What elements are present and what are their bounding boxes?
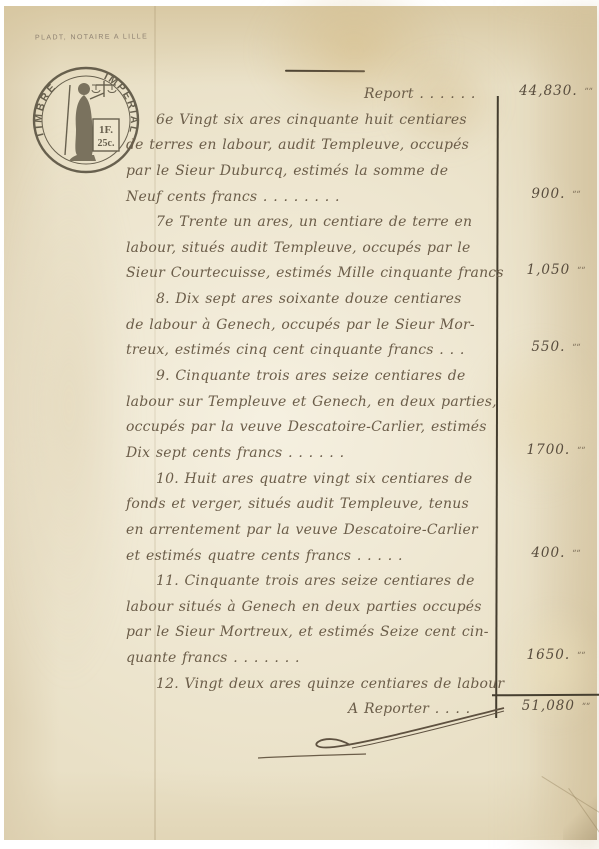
handwritten-line-text: 10. Huit ares quatre vingt six centiares… <box>126 471 472 487</box>
centimes-ditto-mark: ʺʺ <box>577 267 585 277</box>
handwritten-line-text: 12. Vingt deux ares quinze centiares de … <box>126 676 504 692</box>
scanned-notarial-document-page: PLADT, NOTAIRE A LILLE TIMBRE IMPERIAL <box>0 0 599 849</box>
handwritten-line-text: de terres en labour, audit Templeuve, oc… <box>126 137 469 153</box>
paper-sheet: PLADT, NOTAIRE A LILLE TIMBRE IMPERIAL <box>4 6 597 840</box>
document-line: et estimés quatre cents francs . . . . .… <box>126 545 598 571</box>
document-line: Dix sept cents francs . . . . . .1700.ʺʺ <box>126 442 598 468</box>
amount-value: 1,050 <box>527 262 571 278</box>
document-line: Report . . . . . .44,830.ʺʺ <box>126 83 598 109</box>
amount-entry: 550.ʺʺ <box>511 336 599 355</box>
amount-entry: 900.ʺʺ <box>511 183 599 202</box>
signature-flourish <box>254 699 516 771</box>
paper-stain <box>4 126 134 686</box>
handwritten-line-text: labour, situés audit Templeuve, occupés … <box>126 240 470 256</box>
centimes-ditto-mark: ʺʺ <box>577 652 585 662</box>
handwritten-line-text: 6e Vingt six ares cinquante huit centiar… <box>126 112 467 128</box>
stamp-value-plate: 1F. 25c. <box>93 119 119 151</box>
amount-value: 900. <box>531 186 565 202</box>
document-line: treux, estimés cinq cent cinquante franc… <box>126 339 598 365</box>
page-corner-shade <box>563 770 597 840</box>
handwritten-line-text: labour sur Templeuve et Genech, en deux … <box>126 394 497 410</box>
handwritten-line-text: de labour à Genech, occupés par le Sieur… <box>126 317 475 333</box>
document-line: fonds et verger, situés audit Templeuve,… <box>126 493 598 519</box>
handwritten-line-text: 7e Trente un ares, un centiare de terre … <box>126 214 472 230</box>
centimes-ditto-mark: ʺʺ <box>572 191 580 201</box>
amount-entry: 44,830.ʺʺ <box>511 80 599 99</box>
document-line: 9. Cinquante trois ares seize centiares … <box>126 365 598 391</box>
amount-entry: 400.ʺʺ <box>511 542 599 561</box>
handwritten-text-block: Report . . . . . .44,830.ʺʺ6e Vingt six … <box>126 83 598 724</box>
document-line: 7e Trente un ares, un centiare de terre … <box>126 211 598 237</box>
amount-entry: 1700.ʺʺ <box>511 439 599 458</box>
amount-value: 400. <box>531 545 565 561</box>
stamp-value-1f: 1F. <box>99 124 113 136</box>
stamp-value-25c: 25c. <box>98 138 115 149</box>
handwritten-line-text: fonds et verger, situés audit Templeuve,… <box>126 496 469 512</box>
handwritten-line-text: Dix sept cents francs . . . . . . <box>126 445 344 461</box>
svg-text:TIMBRE: TIMBRE <box>32 80 59 139</box>
handwritten-line-text: par le Sieur Mortreux, et estimés Seize … <box>126 624 489 640</box>
amount-entry: 51,080ʺʺ <box>511 695 599 714</box>
stamp-text-timbre: TIMBRE <box>32 80 59 139</box>
handwritten-line-text: labour situés à Genech en deux parties o… <box>126 599 482 615</box>
document-line: 10. Huit ares quatre vingt six centiares… <box>126 468 598 494</box>
handwritten-line-text: occupés par la veuve Descatoire-Carlier,… <box>126 419 487 435</box>
handwritten-line-text: treux, estimés cinq cent cinquante franc… <box>126 342 465 358</box>
handwritten-line-text: Neuf cents francs . . . . . . . . <box>126 189 340 205</box>
amount-value: 1700. <box>527 442 571 458</box>
handwritten-line-text: et estimés quatre cents francs . . . . . <box>126 548 403 564</box>
document-line: 11. Cinquante trois ares seize centiares… <box>126 570 598 596</box>
document-line: de terres en labour, audit Templeuve, oc… <box>126 134 598 160</box>
document-line: 8. Dix sept ares soixante douze centiare… <box>126 288 598 314</box>
document-line: labour situés à Genech en deux parties o… <box>126 596 598 622</box>
document-line: labour sur Templeuve et Genech, en deux … <box>126 391 598 417</box>
handwritten-line-text: par le Sieur Duburcq, estimés la somme d… <box>126 163 448 179</box>
handwritten-line-text: quante francs . . . . . . . <box>126 650 300 666</box>
document-line: Neuf cents francs . . . . . . . .900.ʺʺ <box>126 186 598 212</box>
amount-value: 550. <box>531 339 565 355</box>
handwritten-line-text: 11. Cinquante trois ares seize centiares… <box>126 573 475 589</box>
centimes-ditto-mark: ʺʺ <box>572 344 580 354</box>
document-line: Sieur Courtecuisse, estimés Mille cinqua… <box>126 262 598 288</box>
amount-value: 44,830. <box>519 83 578 99</box>
centimes-ditto-mark: ʺʺ <box>577 447 585 457</box>
handwritten-line-text: en arrentement par la veuve Descatoire-C… <box>126 522 478 538</box>
amount-value: 51,080 <box>522 698 575 714</box>
notary-imprint-text: PLADT, NOTAIRE A LILLE <box>35 33 148 41</box>
document-line: 6e Vingt six ares cinquante huit centiar… <box>126 109 598 135</box>
handwritten-line-text: 8. Dix sept ares soixante douze centiare… <box>126 291 462 307</box>
centimes-ditto-mark: ʺʺ <box>585 88 593 98</box>
amount-entry: 1650.ʺʺ <box>511 644 599 663</box>
amount-value: 1650. <box>527 647 571 663</box>
document-line: quante francs . . . . . . .1650.ʺʺ <box>126 647 598 673</box>
handwritten-line-text: Report . . . . . . <box>126 86 476 102</box>
amount-entry: 1,050ʺʺ <box>511 259 599 278</box>
centimes-ditto-mark: ʺʺ <box>582 703 590 713</box>
handwritten-line-text: Sieur Courtecuisse, estimés Mille cinqua… <box>126 265 504 281</box>
handwritten-line-text: 9. Cinquante trois ares seize centiares … <box>126 368 465 384</box>
ruled-line <box>285 70 365 73</box>
centimes-ditto-mark: ʺʺ <box>572 550 580 560</box>
